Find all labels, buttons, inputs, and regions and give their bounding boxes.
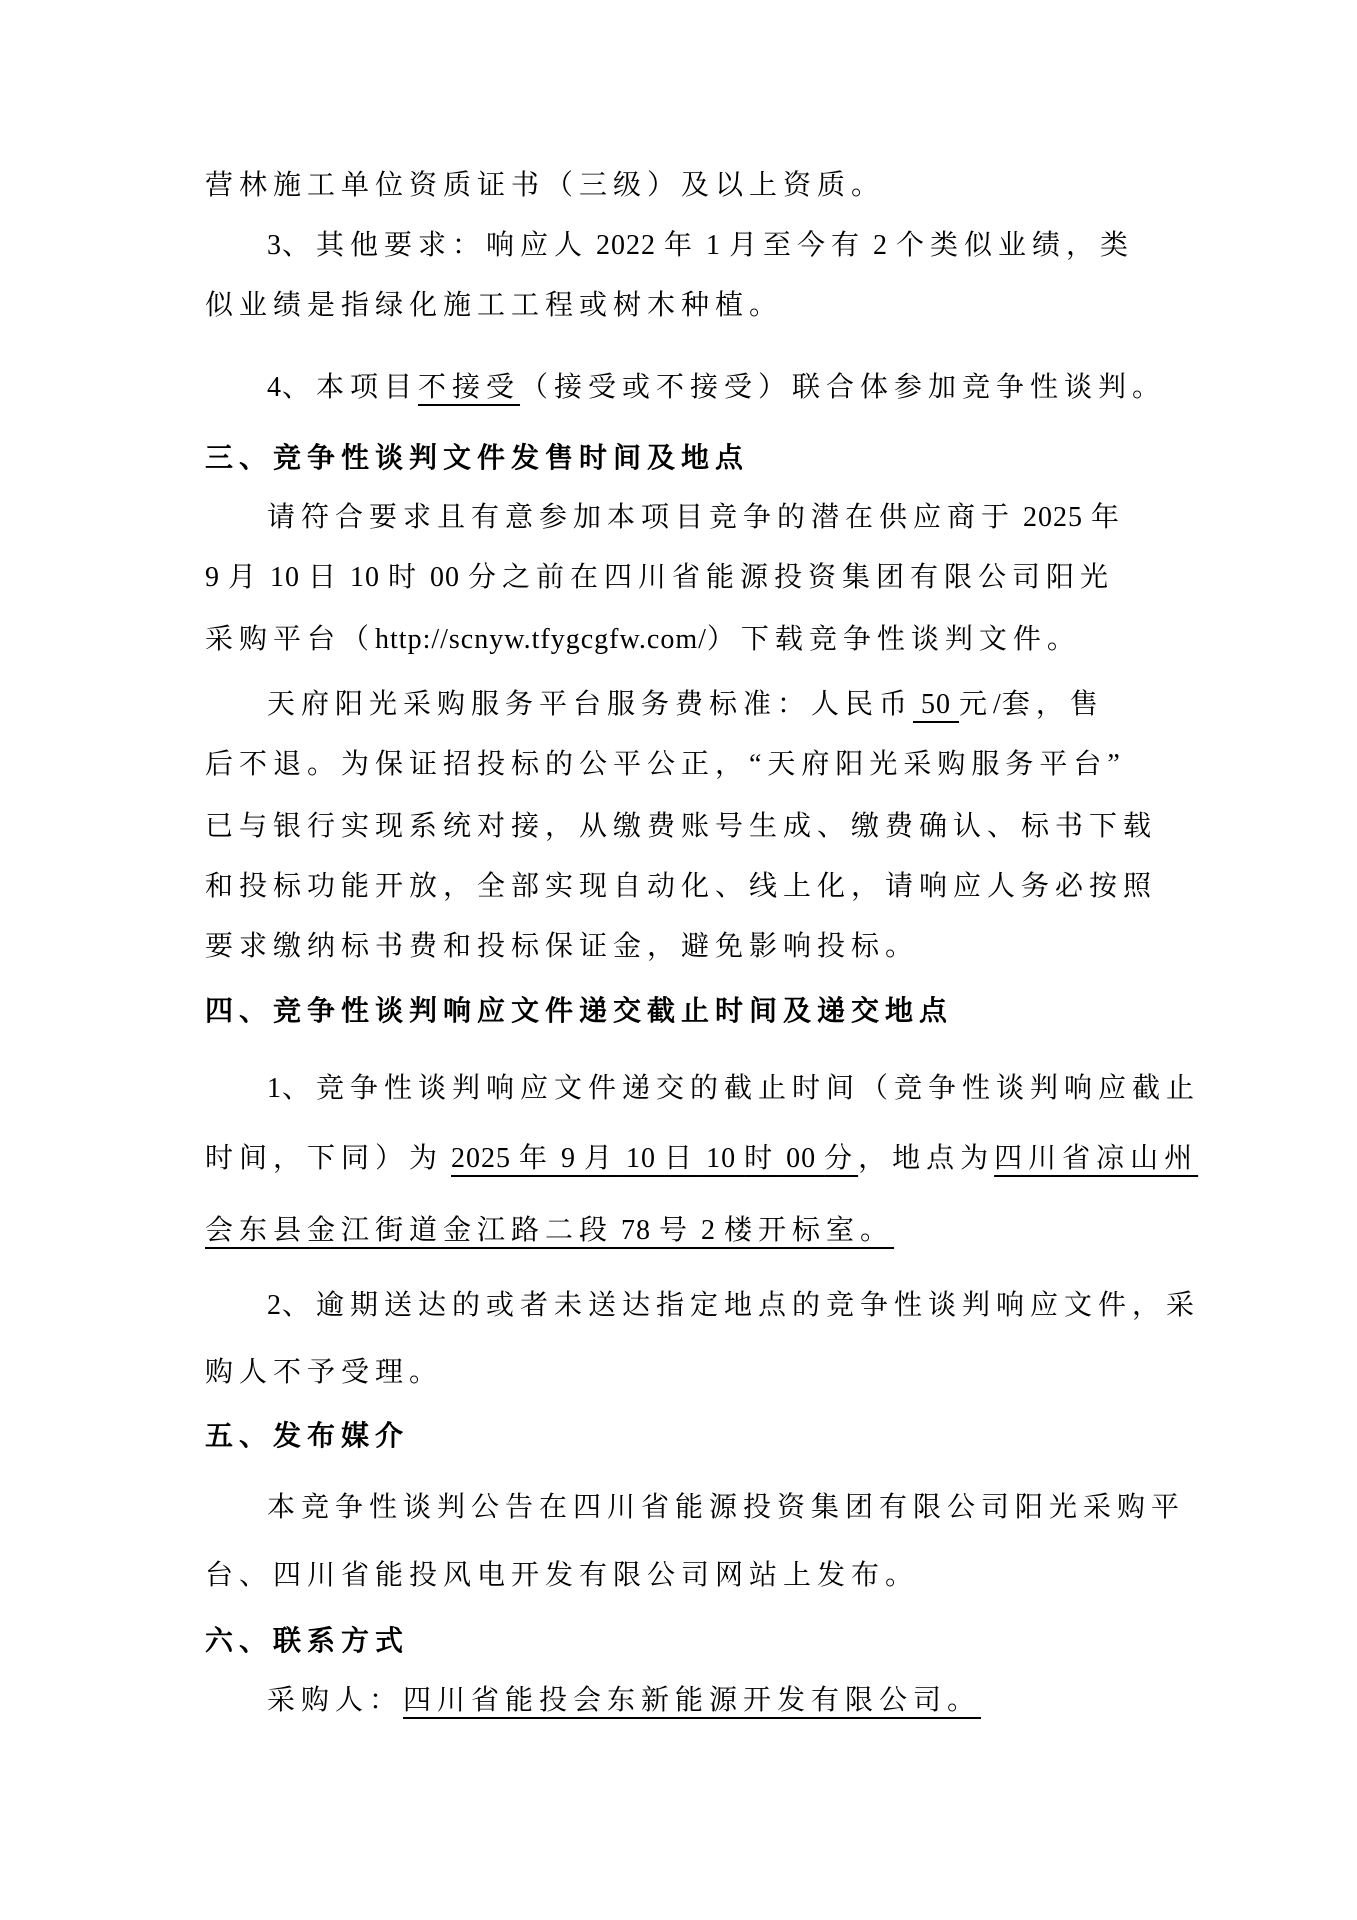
underlined-text: 会东县金江街道金江路二段 78 号 2 楼开标室。	[205, 1215, 894, 1246]
latin-text-run: 78	[613, 1215, 659, 1246]
text-segment: 似业绩是指绿化施工工程或树木种植。	[205, 290, 783, 321]
text-segment: 购人不予受理。	[205, 1357, 443, 1388]
latin-text-run: 2025	[1015, 502, 1091, 533]
late-delivery-line-2: 购人不予受理。	[205, 1343, 1195, 1403]
latin-text-run: 1	[267, 1073, 282, 1104]
latin-text-run: 2	[267, 1290, 282, 1321]
text-segment: （接受或不接受）联合体参加竞争性谈判。	[520, 372, 1166, 403]
underlined-text: 四川省能投会东新能源开发有限公司。	[403, 1685, 981, 1716]
text-segment: 六、联系方式	[205, 1625, 409, 1656]
text-segment: 三、竞争性谈判文件发售时间及地点	[205, 442, 749, 473]
latin-text-run: 10	[262, 562, 308, 593]
latin-text-run: 1	[698, 230, 729, 261]
service-fee-line-4: 和投标功能开放，全部实现自动化、线上化，请响应人务必按照	[205, 857, 1195, 917]
late-delivery-line-1: 2、逾期送达的或者未送达指定地点的竞争性谈判响应文件，采	[205, 1276, 1195, 1336]
document-content: 营林施工单位资质证书（三级）及以上资质。3、其他要求：响应人 2022 年 1 …	[205, 156, 1195, 1731]
text-segment: 和投标功能开放，全部实现自动化、线上化，请响应人务必按照	[205, 871, 1157, 902]
latin-text-run: 10	[618, 1143, 664, 1174]
other-requirements-line-1: 3、其他要求：响应人 2022 年 1 月至今有 2 个类似业绩，类	[205, 216, 1195, 276]
text-segment: 五、发布媒介	[205, 1420, 409, 1451]
section-6-heading: 六、联系方式	[205, 1611, 1195, 1671]
latin-text-run: 4	[267, 372, 282, 403]
latin-text-run: 10	[698, 1143, 744, 1174]
text-segment: 本竞争性谈判公告在四川省能源投资集团有限公司阳光采购平	[267, 1492, 1185, 1523]
section-5-heading: 五、发布媒介	[205, 1406, 1195, 1466]
purchaser-line: 采购人：四川省能投会东新能源开发有限公司。	[205, 1671, 1195, 1731]
latin-text-run: http://scnyw.tfygcgfw.com/	[375, 624, 707, 655]
underlined-text: 四川省凉山州	[994, 1143, 1198, 1174]
latin-text-run	[443, 1143, 451, 1174]
text-segment: 已与银行实现系统对接，从缴费账号生成、缴费确认、标书下载	[205, 811, 1157, 842]
document-page: 营林施工单位资质证书（三级）及以上资质。3、其他要求：响应人 2022 年 1 …	[0, 0, 1357, 1920]
sale-time-line-1: 请符合要求且有意参加本项目竞争的潜在供应商于 2025 年	[205, 488, 1195, 548]
media-line-1: 本竞争性谈判公告在四川省能源投资集团有限公司阳光采购平	[205, 1478, 1195, 1538]
sale-time-line-3: 采购平台（http://scnyw.tfygcgfw.com/）下载竞争性谈判文…	[205, 610, 1195, 670]
deadline-line-1: 1、竞争性谈判响应文件递交的截止时间（竞争性谈判响应截止	[205, 1059, 1195, 1119]
text-segment: 台、四川省能投风电开发有限公司网站上发布。	[205, 1560, 919, 1591]
text-segment: 营林施工单位资质证书（三级）及以上资质。	[205, 170, 885, 201]
consortium-line: 4、本项目不接受（接受或不接受）联合体参加竞争性谈判。	[205, 358, 1195, 418]
section-4-heading: 四、竞争性谈判响应文件递交截止时间及递交地点	[205, 981, 1195, 1041]
latin-text-run: /	[993, 689, 1002, 720]
underlined-text: 不接受	[418, 372, 520, 403]
latin-text-run: 2	[693, 1215, 724, 1246]
text-segment: 时间，下同）为	[205, 1143, 451, 1174]
text-segment: 采购平台（http://scnyw.tfygcgfw.com/）下载竞争性谈判文…	[205, 624, 1081, 655]
service-fee-line-2: 后不退。为保证招投标的公平公正，“天府阳光采购服务平台”	[205, 735, 1195, 795]
latin-text-run: 3	[267, 230, 282, 261]
underlined-text: 50	[913, 689, 959, 720]
latin-text-run: 2022	[588, 230, 664, 261]
latin-text-run: 50	[913, 689, 959, 720]
text-segment: 4、本项目	[267, 372, 418, 403]
service-fee-line-5: 要求缴纳标书费和投标保证金，避免影响投标。	[205, 917, 1195, 977]
qualification-line: 营林施工单位资质证书（三级）及以上资质。	[205, 156, 1195, 216]
latin-text-run: 2	[865, 230, 896, 261]
latin-text-run: 9	[553, 1143, 584, 1174]
service-fee-line-1: 天府阳光采购服务平台服务费标准：人民币 50 元/套，售	[205, 675, 1195, 735]
media-line-2: 台、四川省能投风电开发有限公司网站上发布。	[205, 1546, 1195, 1606]
deadline-line-3: 会东县金江街道金江路二段 78 号 2 楼开标室。	[205, 1201, 1195, 1261]
other-requirements-line-2: 似业绩是指绿化施工工程或树木种植。	[205, 276, 1195, 336]
text-segment: 3、其他要求：响应人 2022 年 1 月至今有 2 个类似业绩，类	[267, 230, 1134, 261]
text-segment: 要求缴纳标书费和投标保证金，避免影响投标。	[205, 931, 919, 962]
text-segment: 后不退。为保证招投标的公平公正，“天府阳光采购服务平台”	[205, 749, 1126, 780]
text-segment: 四、竞争性谈判响应文件递交截止时间及递交地点	[205, 995, 953, 1026]
text-segment: ，地点为	[858, 1143, 994, 1174]
sale-time-line-2: 9 月 10 日 10 时 00 分之前在四川省能源投资集团有限公司阳光	[205, 548, 1195, 608]
latin-text-run: 00	[778, 1143, 824, 1174]
text-segment: 9 月 10 日 10 时 00 分之前在四川省能源投资集团有限公司阳光	[205, 562, 1114, 593]
text-segment: 2、逾期送达的或者未送达指定地点的竞争性谈判响应文件，采	[267, 1290, 1200, 1321]
underlined-text: 2025 年 9 月 10 日 10 时 00 分	[451, 1143, 858, 1174]
section-3-heading: 三、竞争性谈判文件发售时间及地点	[205, 428, 1195, 488]
latin-text-run: 2025	[451, 1143, 519, 1174]
text-segment: 天府阳光采购服务平台服务费标准：人民币	[267, 689, 913, 720]
text-segment: 采购人：	[267, 1685, 403, 1716]
text-segment: 请符合要求且有意参加本项目竞争的潜在供应商于 2025 年	[267, 502, 1125, 533]
latin-text-run: 9	[205, 562, 228, 593]
latin-text-run: 10	[342, 562, 388, 593]
service-fee-line-3: 已与银行实现系统对接，从缴费账号生成、缴费确认、标书下载	[205, 797, 1195, 857]
latin-text-run: 00	[422, 562, 468, 593]
text-segment: 元/套，售	[959, 689, 1104, 720]
text-segment: 1、竞争性谈判响应文件递交的截止时间（竞争性谈判响应截止	[267, 1073, 1200, 1104]
deadline-line-2: 时间，下同）为 2025 年 9 月 10 日 10 时 00 分，地点为四川省…	[205, 1129, 1195, 1189]
